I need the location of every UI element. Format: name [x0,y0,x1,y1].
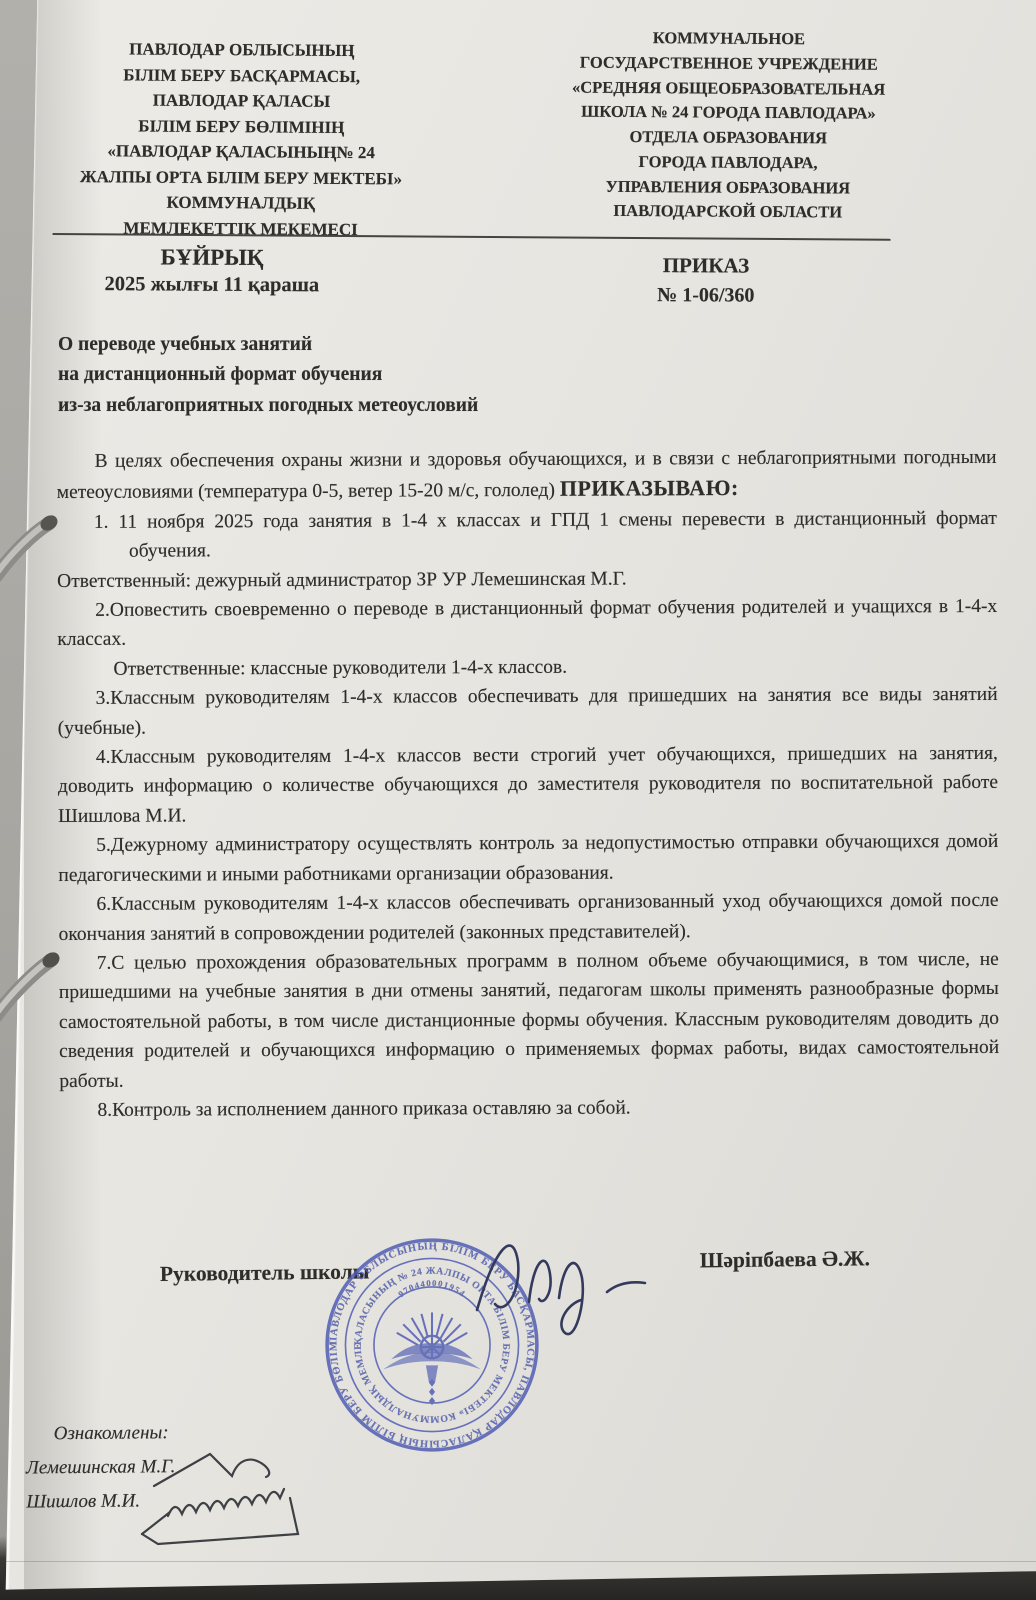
letterhead-line: ОТДЕЛА ОБРАЗОВАНИЯ [513,124,943,152]
order-date-kk: 2025 жылғы 11 қараша [66,273,358,298]
shishlov-signature-ink [132,1472,342,1562]
letterhead-line: «СРЕДНЯЯ ОБЩЕОБРАЗОВАТЕЛЬНАЯ [514,75,944,103]
letterhead-left: ПАВЛОДАР ОБЛЫСЫНЫҢ БІЛІМ БЕРУ БАСҚАРМАСЫ… [61,36,422,243]
order-number: № 1-06/360 [556,284,856,309]
body-paragraph: Ответственный: дежурный администратор ЗР… [57,563,997,597]
photo-backdrop: ПАВЛОДАР ОБЛЫСЫНЫҢ БІЛІМ БЕРУ БАСҚАРМАСЫ… [0,0,1036,1600]
body-paragraph: Ответственные: классные руководители 1-4… [57,651,997,685]
signature-block: Руководитель школы Шәріпбаева Ә.Ж. [0,0,1020,2]
letterhead-line: КОММУНАЛДЫҚ [61,189,421,217]
letterhead-line: КОММУНАЛЬНОЕ [514,25,944,53]
letterhead-right: КОММУНАЛЬНОЕ ГОСУДАРСТВЕННОЕ УЧРЕЖДЕНИЕ … [513,25,944,226]
letterhead-line: БІЛІМ БЕРУ БӨЛІМІНІҢ [61,113,421,141]
body-paragraph: 8.Контроль за исполнением данного приказ… [59,1092,999,1126]
letterhead-line: ЖАЛПЫ ОРТА БІЛІМ БЕРУ МЕКТЕБІ» [61,164,421,192]
body-paragraph: 2.Оповестить своевременно о переводе в д… [57,592,997,655]
body-paragraph: 4.Классным руководителям 1-4-х классов в… [58,739,998,831]
letterhead-line: ПАВЛОДАР ОБЛЫСЫНЫҢ [62,36,422,64]
letterhead-line: МЕМЛЕКЕТТІК МЕКЕМЕСІ [61,215,421,243]
order-body: В целях обеспечения охраны жизни и здоро… [57,443,1000,1125]
body-paragraph: 3.Классным руководителям 1-4-х классов о… [58,680,998,743]
letterhead-line: УПРАВЛЕНИЯ ОБРАЗОВАНИЯ [513,174,943,202]
letterhead-line: БІЛІМ БЕРУ БАСҚАРМАСЫ, [62,62,422,90]
order-subject: О переводе учебных занятий на дистанцион… [58,330,778,421]
document-page: ПАВЛОДАР ОБЛЫСЫНЫҢ БІЛІМ БЕРУ БАСҚАРМАСЫ… [0,0,1036,1600]
order-heading-kk: БҰЙРЫҚ 2025 жылғы 11 қараша [66,244,358,298]
subject-line: на дистанционный формат обучения [58,360,778,390]
body-paragraph: 5.Дежурному администратору осуществлять … [58,827,998,890]
order-title-kk: БҰЙРЫҚ [66,244,358,272]
letterhead-line: «ПАВЛОДАР ҚАЛАСЫНЫҢ№ 24 [61,138,421,166]
subject-line: из-за неблагоприятных погодных метеоусло… [58,391,778,421]
order-title-ru: ПРИКАЗ [556,253,856,280]
body-paragraph: 7.С целью прохождения образовательных пр… [59,945,1000,1096]
subject-line: О переводе учебных занятий [58,330,778,360]
director-signature-ink [455,1212,695,1352]
order-heading-ru: ПРИКАЗ № 1-06/360 [556,253,856,309]
binder-ring-bottom [0,928,64,1024]
letterhead-line: ПАВЛОДАР ҚАЛАСЫ [61,87,421,115]
letterhead: ПАВЛОДАР ОБЛЫСЫНЫҢ БІЛІМ БЕРУ БАСҚАРМАСЫ… [0,0,1036,7]
intro-paragraph: В целях обеспечения охраны жизни и здоро… [57,443,997,508]
stamp-stars [429,1379,435,1405]
intro-text: В целях обеспечения охраны жизни и здоро… [57,447,997,504]
letterhead-line: ГОСУДАРСТВЕННОЕ УЧРЕЖДЕНИЕ [514,50,944,78]
paper-edge-highlight [5,0,38,1600]
prikazyvayu-word: ПРИКАЗЫВАЮ: [560,475,739,501]
body-paragraph: 1. 11 ноября 2025 года занятия в 1-4 х к… [57,504,997,567]
order-heading: БҰЙРЫҚ 2025 жылғы 11 қараша ПРИКАЗ № 1-0… [1,0,1036,5]
signature-name: Шәріпбаева Ә.Ж. [700,1246,870,1273]
body-paragraph: 6.Классным руководителям 1-4-х классов о… [58,886,998,949]
letterhead-line: ГОРОДА ПАВЛОДАРА, [513,149,943,177]
letterhead-line: ШКОЛА № 24 ГОРОДА ПАВЛОДАРА» [513,99,943,127]
binder-ring-top [0,492,64,584]
letterhead-line: ПАВЛОДАРСКОЙ ОБЛАСТИ [513,198,943,226]
